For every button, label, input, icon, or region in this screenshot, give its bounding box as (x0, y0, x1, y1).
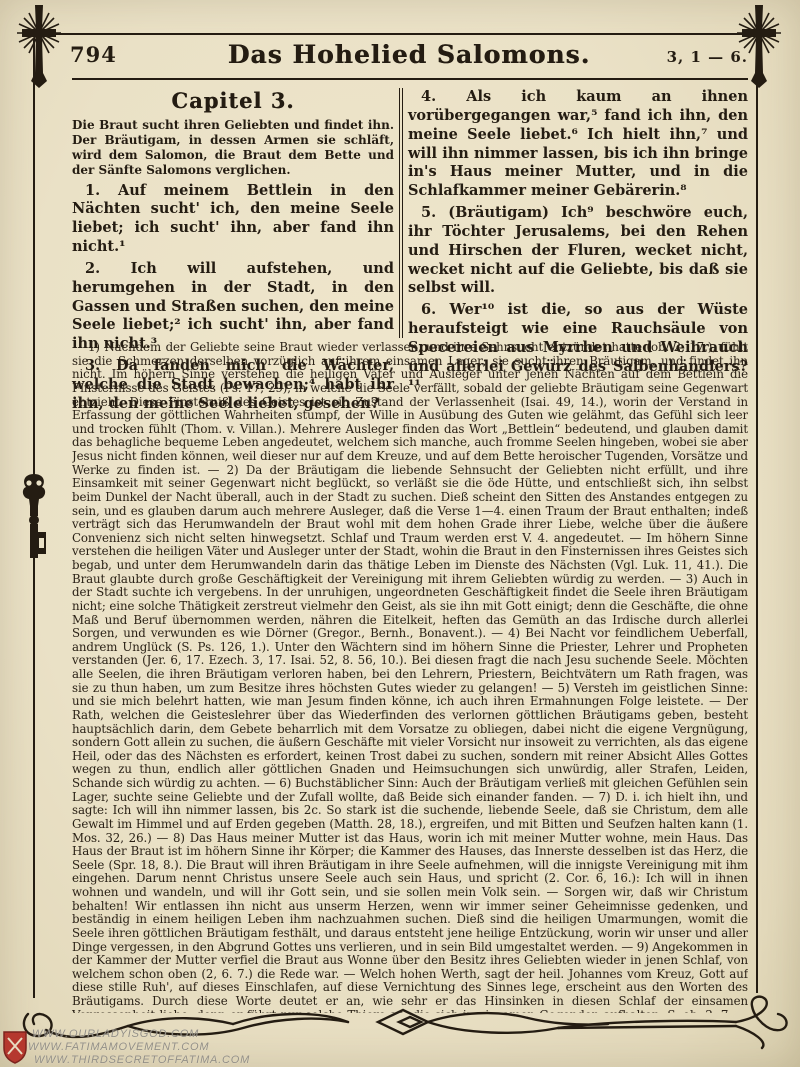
page-header: 794 Das Hohelied Salomons. 3, 1 — 6. (70, 40, 748, 72)
verse-5: 5. (Bräutigam) Ich⁹ beschwöre euch, ihr … (408, 204, 748, 298)
watermark-url-1: WWW.OURLADYISGOD.COM (32, 1028, 250, 1041)
verse-4: 4. Als ich kaum an ihnen vorübergegangen… (408, 88, 748, 201)
watermark-urls: WWW.OURLADYISGOD.COM WWW.FATIMAMOVEMENT.… (32, 1028, 250, 1067)
column-divider-rule (399, 88, 403, 338)
shield-icon (2, 1030, 28, 1064)
right-column: 4. Als ich kaum an ihnen vorübergegangen… (408, 88, 748, 338)
left-column: Capitel 3. Die Braut sucht ihren Geliebt… (72, 88, 394, 338)
header-rule (72, 78, 748, 80)
verse-1: 1. Auf meinem Bettlein in den Nächten su… (72, 182, 394, 257)
frame-top-rule (40, 33, 752, 35)
chapter-summary: Die Braut sucht ihren Geliebten und find… (72, 118, 394, 178)
frame-right-rule (756, 38, 758, 993)
running-title: Das Hohelied Salomons. (70, 40, 748, 69)
verse-2: 2. Ich will aufstehen, und herumgehen in… (72, 260, 394, 354)
key-icon (20, 472, 48, 572)
scanned-book-page: 794 Das Hohelied Salomons. 3, 1 — 6. Cap… (0, 0, 800, 1067)
chapter-heading: Capitel 3. (72, 88, 394, 113)
footnote-commentary: 1) Nachdem der Geliebte seine Braut wied… (72, 341, 748, 1013)
watermark-url-2: WWW.FATIMAMOVEMENT.COM (28, 1041, 250, 1054)
verse-range: 3, 1 — 6. (667, 48, 748, 66)
scripture-columns: Capitel 3. Die Braut sucht ihren Geliebt… (72, 88, 748, 338)
cross-sunburst-icon (10, 3, 68, 89)
watermark-url-3: WWW.THIRDSECRETOFFATIMA.COM (34, 1054, 250, 1067)
